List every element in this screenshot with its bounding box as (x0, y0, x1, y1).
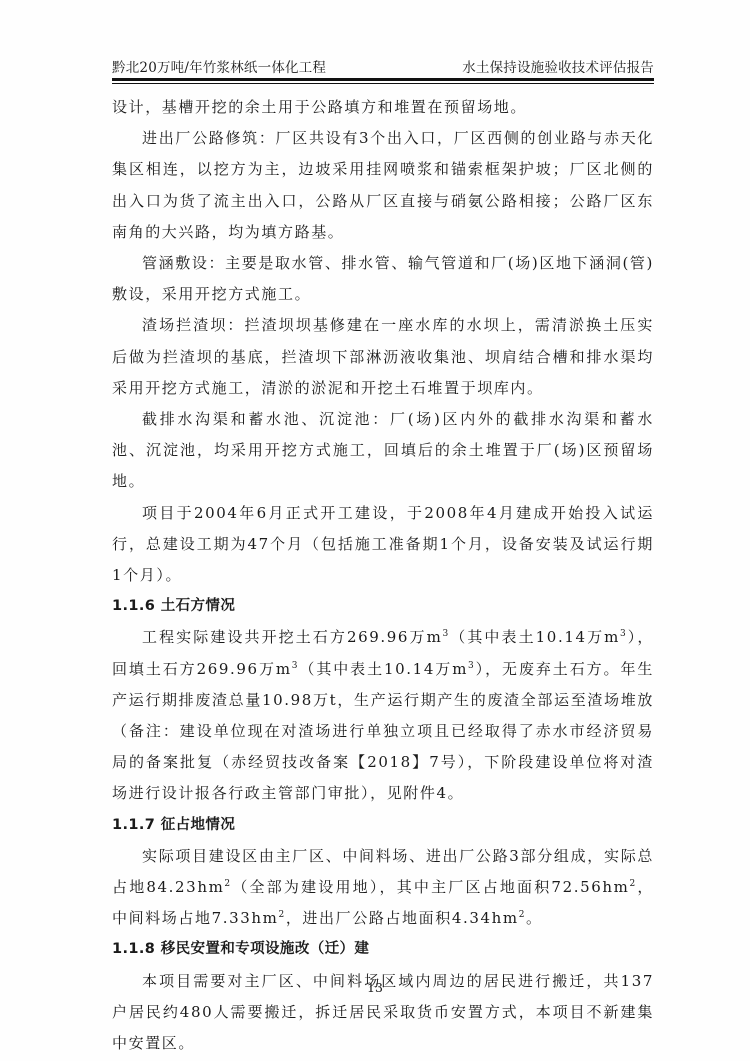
document-page: 黔北20万吨/年竹浆林纸一体化工程 水土保持设施验收技术评估报告 设计，基槽开挖… (0, 0, 750, 1061)
paragraph-slag-dam: 渣场拦渣坝：拦渣坝坝基修建在一座水库的水坝上，需清淤换土压实后做为拦渣坝的基底，… (112, 310, 654, 404)
paragraph-pipe-culvert: 管涵敷设：主要是取水管、排水管、输气管道和厂(场)区地下涵洞(管)敷设，采用开挖… (112, 248, 654, 310)
paragraph-continued: 设计，基槽开挖的余土用于公路填方和堆置在预留场地。 (112, 92, 654, 123)
paragraph-schedule: 项目于2004年6月正式开工建设，于2008年4月建成开始投入试运行，总建设工期… (112, 498, 654, 592)
text-run: 工程实际建设共开挖土石方269.96万m (142, 628, 442, 646)
text-run: 。 (526, 909, 543, 927)
paragraph-land-use: 实际项目建设区由主厂区、中间料场、进出厂公路3部分组成，实际总占地84.23hm… (112, 841, 654, 935)
text-run: ），无废弃土石方。年生产运行期排废渣总量10.98万t，生产运行期产生的废渣全部… (112, 660, 654, 803)
superscript: 3 (292, 661, 299, 671)
page-number: 13 (0, 980, 750, 995)
superscript: 2 (519, 910, 526, 920)
paragraph-drainage: 截排水沟渠和蓄水池、沉淀池：厂(场)区内外的截排水沟渠和蓄水池、沉淀池，均采用开… (112, 404, 654, 498)
section-heading-earthwork: 1.1.6 土石方情况 (112, 591, 654, 622)
header-rule-thick (112, 78, 654, 81)
superscript: 2 (629, 879, 636, 889)
text-run: ，进出厂公路占地面积4.34hm (286, 909, 519, 927)
section-heading-land-use: 1.1.7 征占地情况 (112, 810, 654, 841)
text-run: （其中表土10.14万m (299, 660, 468, 678)
superscript: 2 (278, 910, 285, 920)
paragraph-road-construction: 进出厂公路修筑：厂区共设有3个出入口，厂区西侧的创业路与赤天化集区相连，以挖方为… (112, 123, 654, 248)
header-rule-thin (112, 83, 654, 84)
running-header: 黔北20万吨/年竹浆林纸一体化工程 水土保持设施验收技术评估报告 (112, 48, 654, 76)
superscript: 2 (224, 879, 231, 889)
superscript: 3 (442, 629, 449, 639)
section-heading-resettlement: 1.1.8 移民安置和专项设施改（迁）建 (112, 934, 654, 965)
document-body: 设计，基槽开挖的余土用于公路填方和堆置在预留场地。 进出厂公路修筑：厂区共设有3… (112, 92, 654, 1059)
text-run: （全部为建设用地），其中主厂区占地面积72.56hm (232, 878, 630, 896)
header-report-title: 水土保持设施验收技术评估报告 (462, 56, 654, 76)
text-run: （其中表土10.14万m (450, 628, 620, 646)
paragraph-earthwork: 工程实际建设共开挖土石方269.96万m3（其中表土10.14万m3），回填土石… (112, 622, 654, 809)
header-project-title: 黔北20万吨/年竹浆林纸一体化工程 (112, 56, 326, 76)
